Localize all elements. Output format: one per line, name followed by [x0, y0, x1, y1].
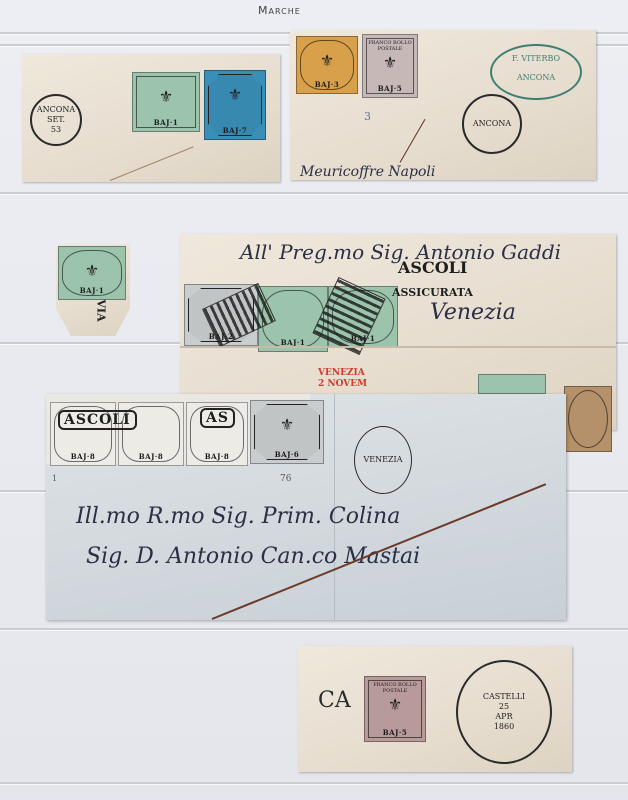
papal-arms-icon: ⚜	[280, 415, 294, 434]
cover-piece-ancona: ANCONA SET. 53 ⚜ BAJ·1 ⚜ BAJ·7	[22, 54, 280, 182]
stamp-denomination: BAJ·7	[223, 126, 247, 135]
postmark-month: APR	[495, 712, 512, 722]
partial-handstamp: CA	[318, 688, 351, 713]
stamp: ⚜ BAJ·1	[132, 72, 200, 132]
stamp: ⚜ BAJ·6	[250, 400, 324, 464]
fold-line	[180, 346, 616, 348]
cut-stamp-piece: ⚜ BAJ·1 VIA	[56, 244, 130, 336]
pencil-annotation: 76	[280, 474, 291, 484]
postmark: CASTELLI 25 APR 1860	[456, 660, 552, 764]
pencil-annotation: 3	[364, 110, 371, 123]
stamp-denomination: BAJ·8	[139, 452, 163, 461]
handwritten-address-line: Ill.mo R.mo Sig. Prim. Colina	[76, 504, 400, 529]
handwritten-city: Venezia	[430, 300, 516, 325]
papal-arms-icon: ⚜	[388, 695, 402, 714]
stamp-denomination: BAJ·1	[154, 118, 178, 127]
envelope-mastai: BAJ·8 BAJ·8 BAJ·8 ⚜ BAJ·6 ASCOLI AS 1 76…	[46, 394, 566, 620]
postmark: ANCONA	[462, 94, 522, 154]
album-page: Marche ANCONA SET. 53 ⚜ BAJ·1 ⚜ BAJ·7 ⚜ …	[0, 0, 628, 800]
stamp: FRANCO BOLLO POSTALE ⚜ BAJ·5	[362, 34, 418, 98]
boxed-handstamp: ASCOLI	[58, 410, 137, 430]
papal-arms-icon: ⚜	[85, 261, 99, 280]
stamp-partial	[564, 386, 612, 452]
cover-piece-viterbo: ⚜ BAJ·3 FRANCO BOLLO POSTALE ⚜ BAJ·5 F. …	[290, 30, 596, 180]
handwritten-address: Meuricoffre Napoli	[300, 164, 435, 180]
postmark-town: CASTELLI	[483, 692, 525, 702]
postmark-day: 25	[499, 702, 509, 712]
stamp-denomination: BAJ·3	[315, 80, 339, 89]
album-strip	[0, 628, 628, 630]
handstamp-registered: ASSICURATA	[392, 286, 473, 299]
album-strip	[0, 192, 628, 194]
oval-handstamp: F. VITERBO ANCONA	[490, 44, 582, 100]
postmark: VENEZIA	[354, 426, 412, 494]
stamp: ⚜ BAJ·3	[296, 36, 358, 94]
stamp: ⚜ BAJ·7	[204, 70, 266, 140]
stamp-denomination: BAJ·8	[71, 452, 95, 461]
pencil-annotation: 1	[52, 474, 57, 483]
papal-arms-icon: ⚜	[383, 53, 397, 72]
stamp-denomination: BAJ·5	[383, 728, 407, 737]
transit-date: 2 NOVEM	[318, 379, 367, 390]
boxed-handstamp: AS	[200, 408, 235, 428]
papal-arms-icon: ⚜	[228, 85, 242, 104]
pen-stroke	[110, 146, 194, 181]
stamp-denomination: BAJ·1	[80, 286, 104, 295]
album-strip	[0, 782, 628, 784]
postmark-town: VENEZIA	[364, 455, 403, 465]
stamp-header: FRANCO BOLLO POSTALE	[363, 40, 417, 52]
postmark-year: 53	[51, 125, 61, 135]
red-transit-mark: VENEZIA 2 NOVEM	[318, 368, 367, 390]
stamp-denomination: BAJ·5	[378, 84, 402, 93]
postmark-year: 1860	[494, 722, 514, 732]
papal-arms-icon: ⚜	[320, 51, 334, 70]
postmark-month: SET.	[47, 115, 65, 125]
cover-piece-castelli: CA FRANCO BOLLO POSTALE ⚜ BAJ·5 CASTELLI…	[298, 646, 572, 772]
transit-city: VENEZIA	[318, 368, 367, 379]
papal-arms-icon: ⚜	[159, 87, 173, 106]
stamp: FRANCO BOLLO POSTALE ⚜ BAJ·5	[364, 676, 426, 742]
handstamp-line: ANCONA	[492, 73, 580, 82]
stamp-partial	[478, 374, 546, 394]
pen-arrow	[400, 119, 426, 163]
postmark-town: ANCONA	[37, 105, 75, 115]
postmark-town: ANCONA	[473, 119, 511, 129]
handstamp-line: F. VITERBO	[492, 54, 580, 63]
fragment-text: VIA	[95, 299, 108, 321]
stamp-header: FRANCO BOLLO POSTALE	[365, 682, 425, 694]
stamp-denomination: BAJ·6	[275, 450, 299, 459]
stamp-denomination: BAJ·8	[205, 452, 229, 461]
handwritten-address-line: Sig. D. Antonio Can.co Mastai	[86, 544, 420, 569]
stamp: ⚜ BAJ·1	[58, 246, 126, 300]
page-title: Marche	[258, 4, 301, 17]
handstamp-town: ASCOLI	[398, 258, 467, 277]
postmark: ANCONA SET. 53	[30, 94, 82, 146]
